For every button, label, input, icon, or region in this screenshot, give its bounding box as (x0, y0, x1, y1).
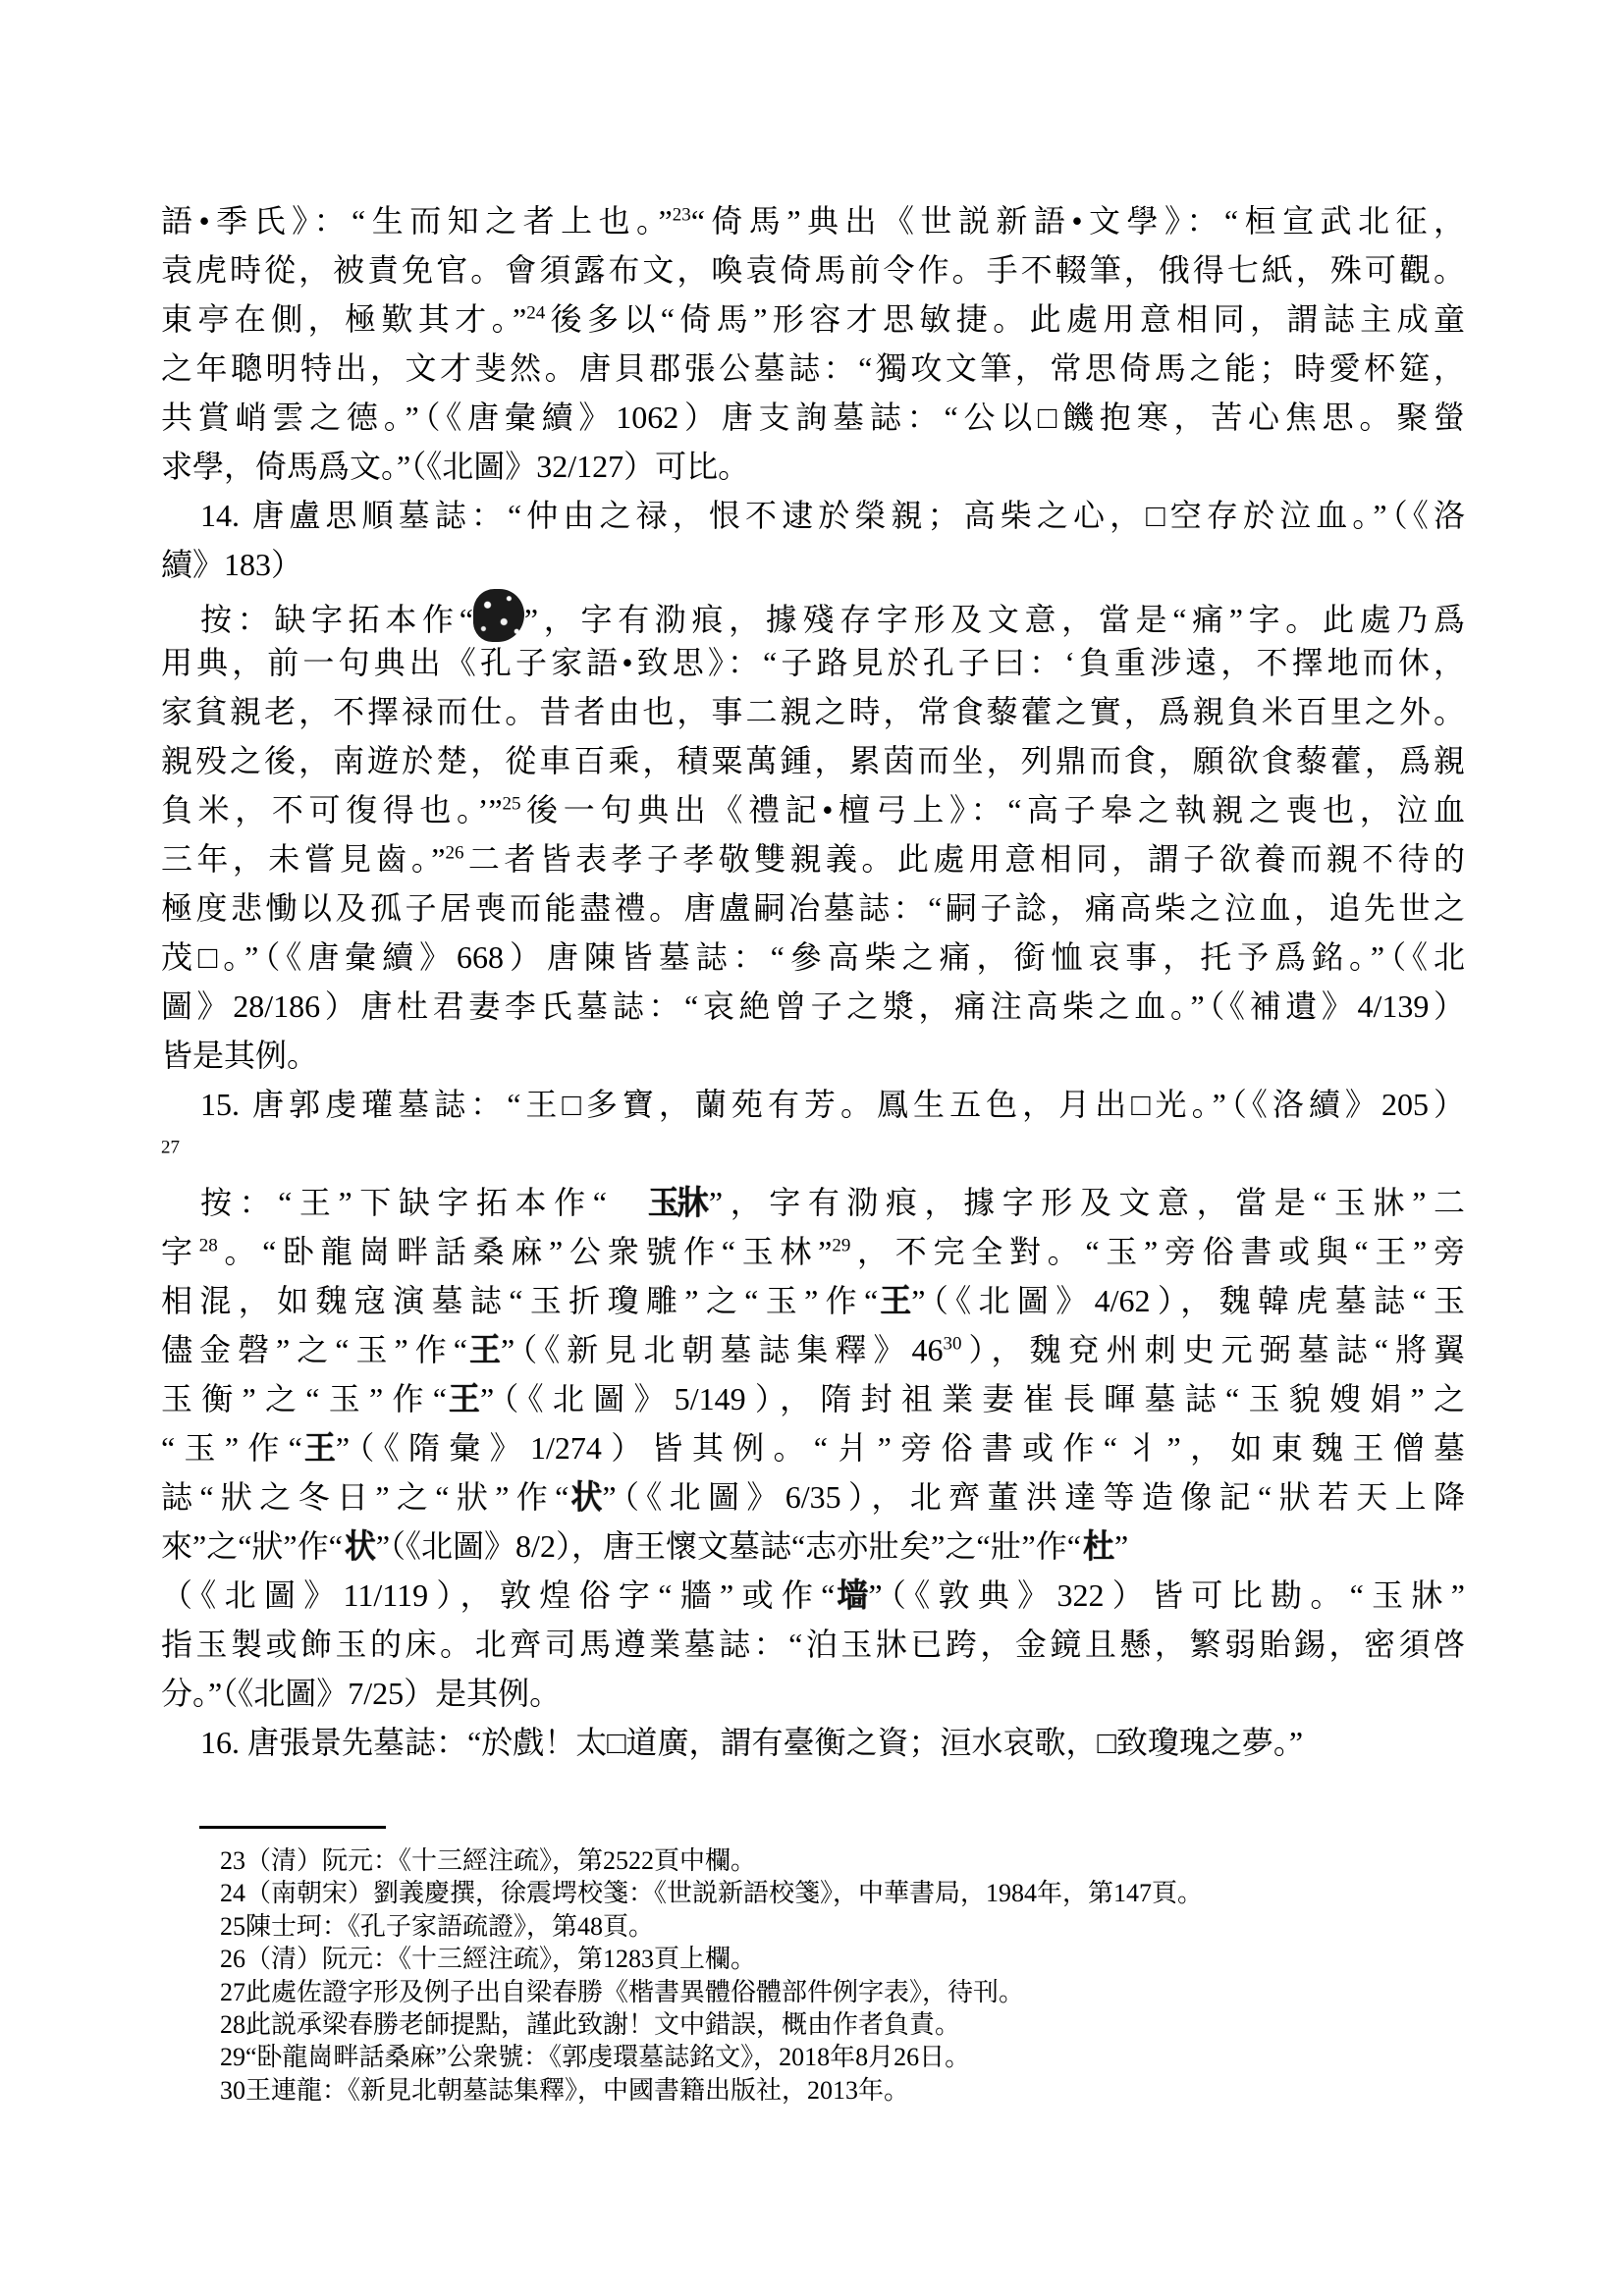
document-page: 語•季氏》：“生而知之者上也。”23“倚馬”典出《世説新語•文學》：“桓宣武北征… (0, 0, 1624, 2296)
footnote-ref: 25 (503, 793, 521, 814)
rubbing-image: 王 (447, 1373, 480, 1424)
text-line: 27 (161, 1129, 1465, 1178)
footnote-ref: 27 (161, 1137, 180, 1157)
text-line: 極度悲慟以及孤子居喪而能盡禮。唐盧嗣冶墓誌：“嗣子諗，痛高柴之泣血，追先世之 (161, 883, 1465, 933)
footnote-number: 29 (220, 2043, 245, 2071)
text-line: 玉衡”之“玉”作“王”（《北圖》5/149），隋封祖業妻崔長暉墓誌“玉貌嫂娟”之 (161, 1374, 1465, 1423)
text-line: 相混，如魏寇演墓誌“玉折瓊雕”之“玉”作“王”（《北圖》4/62），魏韓虎墓誌“… (161, 1276, 1465, 1325)
footnote-line: 27此處佐證字形及例子出自梁春勝《楷書異體俗體部件例字表》，待刊。 (161, 1976, 1465, 2008)
footnote-list: 23（清）阮元：《十三經注疏》，第2522頁中欄。24（南朝宋）劉義慶撰，徐震堮… (161, 1844, 1465, 2107)
footnote-text: 此説承梁春勝老師提點，謹此致謝！文中錯誤，概由作者負責。 (245, 2010, 960, 2039)
item-15: 15. 唐郭虔瓘墓誌：“王□多寶，蘭苑有芳。鳳生五色，月出□光。”（《洛續》20… (161, 1080, 1465, 1178)
text-line: 指玉製或飾玉的床。北齊司馬遵業墓誌：“泊玉牀已跨，金鏡且懸，繁弱貽錫，密須啓 (161, 1620, 1465, 1669)
rubbing-image: 王 (878, 1275, 911, 1326)
text-line: 16. 唐張景先墓誌：“於戲！太□道廣，謂有臺衡之資；洹水哀歌，□致瓊瑰之夢。” (161, 1718, 1465, 1767)
rubbing-image: 杜 (1081, 1521, 1114, 1572)
footnote-ref: 23 (673, 204, 691, 225)
item-15-note: 按：“王”下缺字拓本作“玉牀”，字有泐痕，據字形及文意，當是“玉牀”二字28。“… (161, 1178, 1465, 1718)
text-line: 茂□。”（《唐彙續》668）唐陳皆墓誌：“參高柴之痛，銜恤哀事，托予爲銘。”（《… (161, 933, 1465, 982)
text-line: 皆是其例。 (161, 1031, 1465, 1080)
rubbing-image (473, 589, 524, 642)
text-line: 袁虎時從，被責免官。會須露布文，喚袁倚馬前令作。手不輟筆，俄得七紙，殊可觀。 (161, 245, 1465, 294)
footnote-ref: 28 (199, 1235, 218, 1255)
footnote-text: 此處佐證字形及例子出自梁春勝《楷書異體俗體部件例字表》，待刊。 (245, 1978, 1024, 2006)
rubbing-image: 状 (343, 1521, 376, 1572)
item-14: 14. 唐盧思順墓誌：“仲由之禄，恨不逮於榮親；高柴之心，□空存於泣血。”（《洛… (161, 491, 1465, 589)
rubbing-image: 状 (568, 1471, 602, 1522)
text-line: 來”之“狀”作“状”（《北圖》8/2），唐王懷文墓誌“志亦壯矣”之“壯”作“杜” (161, 1522, 1465, 1571)
footnote-ref: 30 (943, 1333, 961, 1354)
footnote-ref: 29 (832, 1235, 850, 1255)
text-line: 14. 唐盧思順墓誌：“仲由之禄，恨不逮於榮親；高柴之心，□空存於泣血。”（《洛 (161, 491, 1465, 540)
text-line: 15. 唐郭虔瓘墓誌：“王□多寶，蘭苑有芳。鳳生五色，月出□光。”（《洛續》20… (161, 1080, 1465, 1129)
text-line: 三年，未嘗見齒。”26二者皆表孝子孝敬雙親義。此處用意相同，謂子欲養而親不待的 (161, 834, 1465, 883)
text-line: 用典，前一句典出《孔子家語•致思》：“子路見於孔子曰：‘負重涉遠，不擇地而休， (161, 638, 1465, 687)
footnote-line: 25陳士珂：《孔子家語疏證》，第48頁。 (161, 1910, 1465, 1943)
text-line: 之年聰明特出，文才斐然。唐貝郡張公墓誌：“獨攻文筆，常思倚馬之能；時愛杯筵， (161, 344, 1465, 393)
text-line: 圖》28/186）唐杜君妻李氏墓誌：“哀絶曾子之漿，痛注高柴之血。”（《補遺》4… (161, 982, 1465, 1031)
footnote-number: 26 (220, 1945, 245, 1973)
main-text: 語•季氏》：“生而知之者上也。”23“倚馬”典出《世説新語•文學》：“桓宣武北征… (161, 196, 1465, 1767)
text-line: 親殁之後，南遊於楚，從車百乘，積粟萬鍾，累茵而坐，列鼎而食，願欲食藜藿，爲親 (161, 736, 1465, 785)
text-line: 求學，倚馬爲文。”（《北圖》32/127）可比。 (161, 442, 1465, 491)
text-line: 按：缺字拓本作“”，字有泐痕，據殘存字形及文意，當是“痛”字。此處乃爲 (161, 589, 1465, 638)
footnote-text: （清）阮元：《十三經注疏》，第2522頁中欄。 (245, 1846, 756, 1875)
text-line: 誌“狀之冬日”之“狀”作“状”（《北圖》6/35），北齊董洪達等造像記“狀若天上… (161, 1472, 1465, 1522)
text-line: （《北圖》11/119），敦煌俗字“牆”或作“墙”（《敦典》322）皆可比勘。“… (161, 1571, 1465, 1620)
footnote-number: 24 (220, 1879, 245, 1907)
text-line: “玉”作“王”（《隋彙》1/274）皆其例。“爿”旁俗書或作“丬”，如東魏王僧墓 (161, 1423, 1465, 1472)
text-line: 按：“王”下缺字拓本作“玉牀”，字有泐痕，據字形及文意，當是“玉牀”二 (161, 1178, 1465, 1227)
footnote-ref: 26 (446, 842, 464, 863)
footnote-line: 29“卧龍崗畔話桑麻”公衆號：《郭虔環墓誌銘文》，2018年8月26日。 (161, 2041, 1465, 2073)
rubbing-image: 王 (467, 1324, 501, 1375)
footnote-number: 28 (220, 2010, 245, 2039)
text-line: 分。”（《北圖》7/25）是其例。 (161, 1669, 1465, 1718)
footnote-line: 24（南朝宋）劉義慶撰，徐震堮校箋：《世説新語校箋》，中華書局，1984年，第1… (161, 1877, 1465, 1909)
text-line: 共賞峭雲之德。”（《唐彙續》1062）唐支詢墓誌：“公以□饑抱寒，苦心焦思。聚螢 (161, 393, 1465, 442)
footnote-section: 23（清）阮元：《十三經注疏》，第2522頁中欄。24（南朝宋）劉義慶撰，徐震堮… (161, 1826, 1465, 2107)
item-14-note: 按：缺字拓本作“”，字有泐痕，據殘存字形及文意，當是“痛”字。此處乃爲用典，前一… (161, 589, 1465, 1080)
footnote-text: 王連龍：《新見北朝墓誌集釋》，中國書籍出版社，2013年。 (245, 2076, 909, 2105)
footnote-text: （清）阮元：《十三經注疏》，第1283頁上欄。 (245, 1945, 756, 1973)
text-line: 負米，不可復得也。’”25後一句典出《禮記•檀弓上》：“高子皋之執親之喪也，泣血 (161, 785, 1465, 834)
text-line: 儘金磬”之“玉”作“王”（《新見北朝墓誌集釋》4630），魏兗州刺史元弼墓誌“將… (161, 1325, 1465, 1374)
footnote-line: 23（清）阮元：《十三經注疏》，第2522頁中欄。 (161, 1844, 1465, 1877)
footnote-text: 陳士珂：《孔子家語疏證》，第48頁。 (245, 1912, 654, 1941)
footnote-ref: 24 (526, 302, 545, 323)
item-16: 16. 唐張景先墓誌：“於戲！太□道廣，謂有臺衡之資；洹水哀歌，□致瓊瑰之夢。” (161, 1718, 1465, 1767)
footnote-text: （南朝宋）劉義慶撰，徐震堮校箋：《世説新語校箋》，中華書局，1984年，第147… (245, 1879, 1203, 1907)
rubbing-image: 王 (302, 1422, 336, 1473)
footnote-line: 28此説承梁春勝老師提點，謹此致謝！文中錯誤，概由作者負責。 (161, 2008, 1465, 2041)
footnote-text: “卧龍崗畔話桑麻”公衆號：《郭虔環墓誌銘文》，2018年8月26日。 (245, 2043, 970, 2071)
footnote-number: 23 (220, 1846, 245, 1875)
footnote-number: 27 (220, 1978, 245, 2006)
text-line: 語•季氏》：“生而知之者上也。”23“倚馬”典出《世説新語•文學》：“桓宣武北征… (161, 196, 1465, 245)
text-line: 東亭在側，極歎其才。”24後多以“倚馬”形容才思敏捷。此處用意相同，謂誌主成童 (161, 294, 1465, 344)
rubbing-image: 玉牀 (607, 1177, 709, 1228)
footnote-line: 26（清）阮元：《十三經注疏》，第1283頁上欄。 (161, 1943, 1465, 1975)
text-line: 字28。“卧龍崗畔話桑麻”公衆號作“玉林”29，不完全對。“玉”旁俗書或與“王”… (161, 1227, 1465, 1276)
footnote-line: 30王連龍：《新見北朝墓誌集釋》，中國書籍出版社，2013年。 (161, 2074, 1465, 2107)
text-line: 家貧親老，不擇禄而仕。昔者由也，事二親之時，常食藜藿之實，爲親負米百里之外。 (161, 687, 1465, 736)
footnote-number: 30 (220, 2076, 245, 2105)
rubbing-image: 墙 (835, 1570, 868, 1621)
text-line: 續》183） (161, 540, 1465, 589)
footnote-number: 25 (220, 1912, 245, 1941)
footnote-separator (199, 1826, 386, 1829)
paragraph-continuation-item-13: 語•季氏》：“生而知之者上也。”23“倚馬”典出《世説新語•文學》：“桓宣武北征… (161, 196, 1465, 491)
